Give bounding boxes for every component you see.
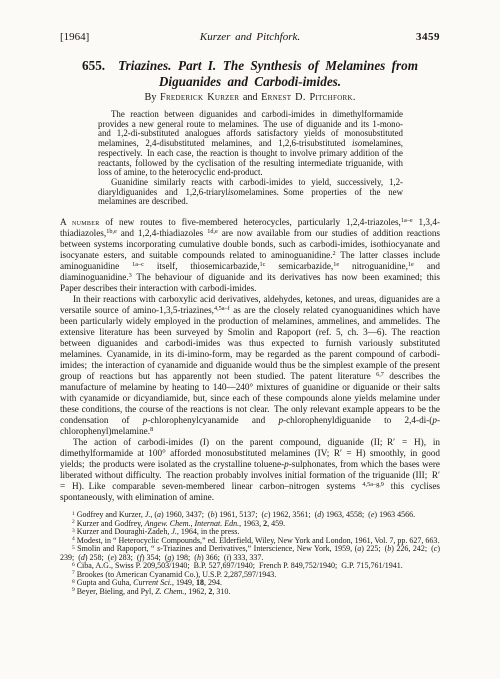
journal-page: [1964] Kurzer and Pitchfork. 3459 655.Tr… [0, 0, 500, 679]
article-title-line-1: 655.Triazines. Part I. The Synthesis of … [60, 58, 440, 74]
footnote: 9 Beyer, Bieling, and Pyl, Z. Chem., 196… [60, 588, 440, 597]
abstract-paragraph: The reaction between diguanides and carb… [98, 110, 403, 178]
body-paragraph: A number of new routes to five-membered … [60, 217, 440, 294]
abstract: The reaction between diguanides and carb… [98, 110, 403, 207]
text-column: 655.Triazines. Part I. The Synthesis of … [60, 58, 440, 596]
article-number: 655. [82, 58, 105, 73]
article-title: 655.Triazines. Part I. The Synthesis of … [60, 58, 440, 89]
running-head: [1964] Kurzer and Pitchfork. 3459 [60, 31, 440, 45]
body-text: A number of new routes to five-membered … [60, 217, 440, 503]
article-title-line-2: Diguanides and Carbodi-imides. [60, 74, 440, 90]
article-title-text: Triazines. Part I. The Synthesis of Mela… [118, 58, 418, 73]
abstract-paragraph: Guanidine similarly reacts with carbodi-… [98, 178, 403, 207]
page-number: 3459 [416, 31, 440, 43]
footnotes: 1 Godfrey and Kurzer, J., (a) 1960, 3437… [60, 511, 440, 596]
body-paragraph: The action of carbodi-imides (I) on the … [60, 437, 440, 503]
running-title: Kurzer and Pitchfork. [60, 31, 440, 43]
footnote: 5 Smolin and Rapoport, “ s-Triazines and… [60, 545, 440, 562]
byline: By Frederick Kurzer and Ernest D. Pitchf… [60, 92, 440, 103]
body-paragraph: In their reactions with carboxylic acid … [60, 294, 440, 437]
